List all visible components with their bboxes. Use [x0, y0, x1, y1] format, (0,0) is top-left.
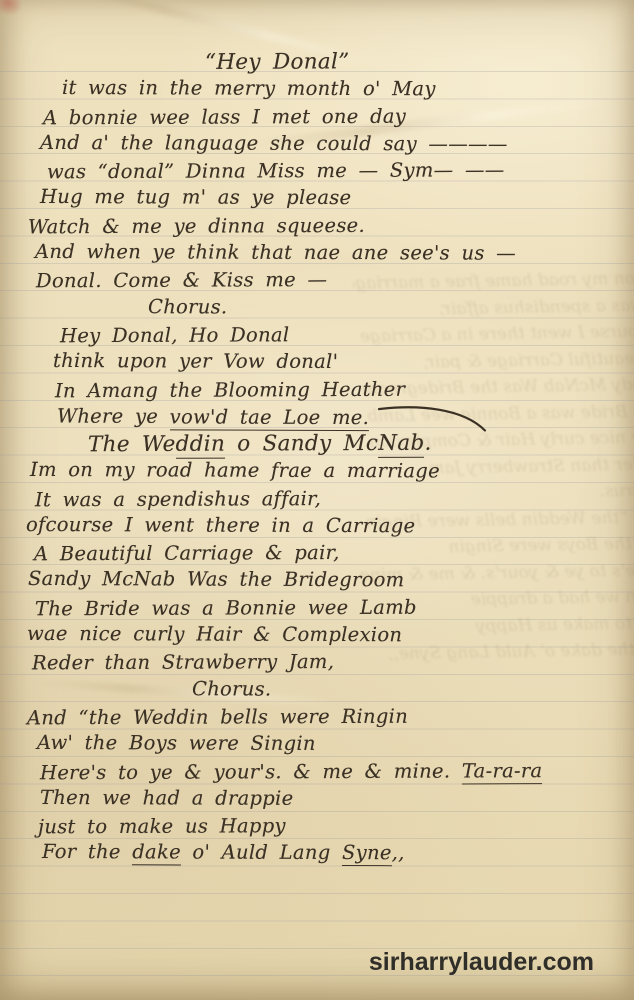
manuscript-line: Watch & me ye dinna squeese. [28, 210, 634, 240]
manuscript-line: And a' the language she could say ———— [40, 129, 634, 158]
manuscript-line: The Bride was a Bonnie wee Lamb [35, 592, 634, 622]
manuscript-line: think upon yer Vow donal' [53, 347, 634, 376]
manuscript-line: Hey Donal, Ho Donal [60, 320, 634, 350]
manuscript-line: Here's to ye & your's. & me & mine. Ta-r… [40, 756, 634, 786]
manuscript-line: Chorus. [148, 293, 634, 322]
manuscript-line: Donal. Come & Kiss me — [36, 265, 634, 295]
manuscript-line: In Amang the Blooming Heather [55, 374, 634, 404]
manuscript-line: was “donal” Dinna Miss me — Sym— —— [47, 156, 634, 186]
manuscript-line: Sandy McNab Was the Bridegroom [28, 565, 634, 594]
manuscript-line: Aw' the Boys were Singin [37, 729, 634, 758]
song-title: “Hey Donal” [205, 47, 634, 76]
manuscript-line: A bonnie wee lass I met one day [43, 101, 634, 131]
manuscript-line: Where ye vow'd tae Loe me. [57, 402, 634, 431]
manuscript-line: wae nice curly Hair & Complexion [27, 620, 634, 649]
manuscript-line: For the dake o' Auld Lang Syne,, [42, 838, 634, 867]
song-block: The Weddin o Sandy McNab.Im on my road h… [0, 430, 634, 867]
manuscript-line: Im on my road hame frae a marriage [30, 456, 634, 485]
manuscript-line: ofcourse I went there in a Carriage [26, 511, 634, 540]
manuscript-line: Chorus. [192, 675, 634, 704]
manuscript-line: just to make us Happy [38, 811, 634, 841]
song-title: The Weddin o Sandy McNab. [88, 429, 634, 459]
manuscript-line: A Beautiful Carriage & pair, [34, 538, 634, 568]
manuscript-line: Then we had a drappie [40, 784, 634, 813]
manuscript-line: And when ye think that nae ane see's us … [35, 238, 634, 267]
manuscript-line: Hug me tug m' as ye please [40, 183, 634, 212]
manuscript-line: And “the Weddin bells were Ringin [27, 702, 634, 732]
photo-frame: Im on my road hame frae a marriageIt was… [0, 0, 634, 1000]
manuscript-line: it was in the merry month o' May [62, 74, 634, 103]
song-block: “Hey Donal”it was in the merry month o' … [0, 48, 634, 430]
watermark-text: sirharrylauder.com [369, 948, 594, 977]
manuscript-line: It was a spendishus affair, [35, 483, 634, 513]
manuscript-line: Reder than Strawberry Jam, [32, 647, 634, 677]
